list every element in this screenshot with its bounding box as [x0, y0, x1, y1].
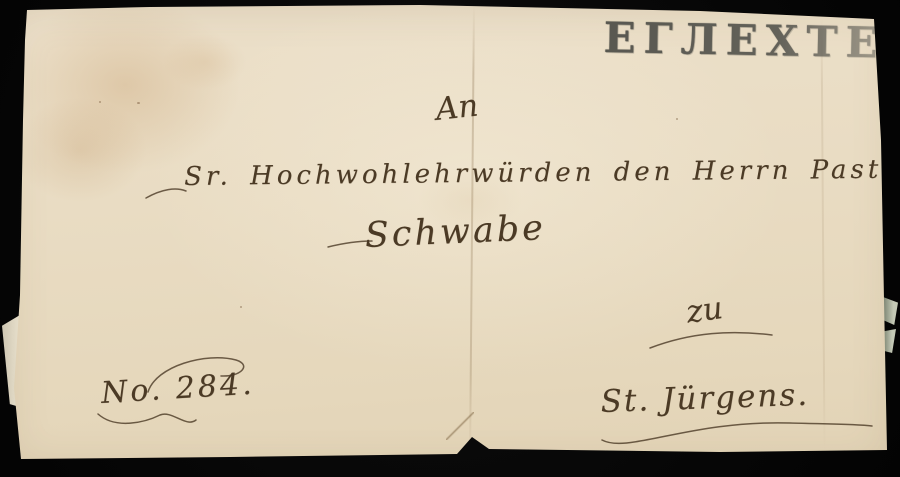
postmark-stamp: ЕГЛЕХТЕ [603, 17, 886, 64]
ink-flourish [602, 423, 872, 444]
destination-parish: St. Jürgens. [600, 377, 810, 420]
address-honorific-line: Sr. Hochwohlehrwürden den Herrn Pastor [184, 154, 900, 192]
recipient-name: Schwabe [364, 208, 547, 256]
fold-crease [820, 18, 825, 450]
bottom-tear-crease [446, 412, 474, 440]
photo-background: ЕГЛЕХТЕ An Sr. Hochwohlehrwürden den Her… [0, 0, 900, 477]
ink-flourish [146, 189, 186, 198]
paper-speck [99, 101, 101, 103]
salutation-an: An [434, 88, 480, 128]
ink-flourish [650, 333, 772, 348]
docket-number: No. 284. [100, 367, 256, 411]
paper-speck [240, 306, 242, 308]
ink-flourish [98, 414, 196, 423]
preposition-zu: zu [684, 290, 725, 331]
paper-speck [676, 118, 678, 120]
letter-cover: ЕГЛЕХТЕ An Sr. Hochwohlehrwürden den Her… [0, 0, 900, 477]
paper-speck [137, 102, 140, 104]
background-paper-sliver [883, 297, 898, 325]
